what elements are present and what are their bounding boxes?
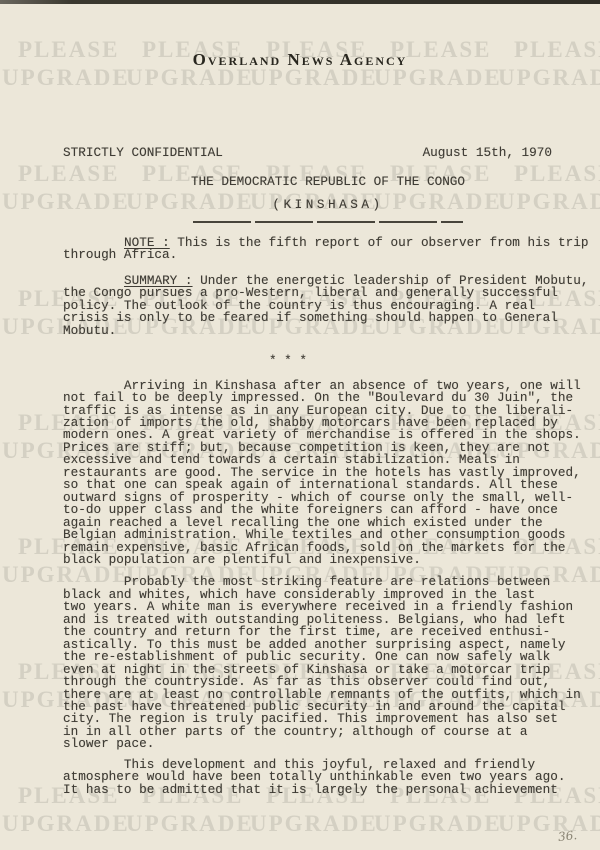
classification-label: STRICTLY CONFIDENTIAL: [63, 147, 223, 159]
note-paragraph: NOTE : This is the fifth report of our o…: [63, 237, 593, 262]
agency-title: Overland News Agency: [0, 50, 600, 70]
classification-row: STRICTLY CONFIDENTIAL August 15th, 1970: [63, 147, 552, 159]
body-paragraph-3: This development and this joyful, relaxe…: [63, 759, 593, 796]
handwritten-page-number: 36.: [557, 828, 577, 844]
report-subtitle: (KINSHASA): [63, 199, 593, 211]
summary-text-rest: the Congo pursues a pro-Western, liberal…: [63, 287, 593, 337]
scan-edge-bar: [0, 0, 600, 4]
title-underline: [193, 221, 463, 223]
document-body: NOTE : This is the fifth report of our o…: [63, 237, 593, 796]
scanned-document-page: PLEASEPLEASEPLEASEPLEASEPLEASEUPGRADEUPG…: [0, 0, 600, 850]
note-text-line2: through Africa.: [63, 249, 593, 261]
report-title: THE DEMOCRATIC REPUBLIC OF THE CONGO: [63, 176, 593, 188]
body-paragraph-1: Arriving in Kinshasa after an absence of…: [63, 380, 593, 567]
summary-paragraph: SUMMARY : Under the energetic leadership…: [63, 275, 593, 337]
note-text: This is the fifth report of our observer…: [170, 235, 589, 250]
date-label: August 15th, 1970: [423, 147, 552, 159]
body-paragraph-2: Probably the most striking feature are r…: [63, 576, 593, 750]
section-separator: * * *: [23, 355, 553, 367]
